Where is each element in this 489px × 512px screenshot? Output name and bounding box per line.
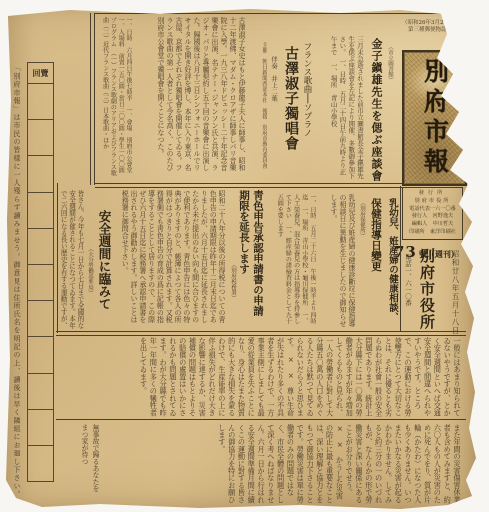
publisher-box: 發行所 別府市役所 電話代表一六一〇番 發行人 河野逸夫 編輯人 中川哲夫 印刷… — [402, 187, 463, 240]
circulation-cell — [28, 446, 53, 481]
safety-headline: 安全週間に臨みて — [95, 210, 113, 322]
recital-body: 古澤淑子女史はもと伊藤龍子夫人に師事し、昭和十二年渡佛、マダム・クロアザに師事し… — [134, 17, 246, 177]
divider-bands — [56, 419, 466, 420]
circulation-cell — [28, 265, 53, 301]
margin-note: 「別府市報」は市民の皆樣に一人殘らず讀みませう。御意見は住所氏名を明記の上、讀後… — [12, 64, 22, 498]
postal-permit-note: （昭和26年3月27日） 第三種郵便物認可 — [394, 20, 466, 34]
recital-details: 一、日時 六月四日午後七時半 一、會場 別府市公會堂 一、入場料 前賣一五〇圓・… — [96, 17, 132, 177]
safety-body-intro: 皆さん、今年も七月一日から七日まで全國的な安全週間が催されることになつてゐます。… — [58, 190, 84, 330]
safety-slogan-line2: まつ家が待つ — [80, 424, 88, 465]
circulation-cell — [28, 229, 53, 265]
tax-headline-line1: 靑色申告承認申請書の申請 — [251, 190, 266, 326]
publisher-line: 發行所 — [404, 190, 461, 198]
safety-attribution: （大分勞働基準局） — [86, 246, 94, 310]
circulation-header: 回覽 — [28, 63, 53, 84]
masthead-column-rule — [400, 186, 401, 332]
circulation-cell — [28, 374, 53, 410]
publisher-line: 印刷所 東洋印刷社 — [404, 229, 461, 237]
circulation-cell — [28, 337, 53, 373]
newspaper-scan: （昭和26年3月27日） 第三種郵便物認可 別府市報 發行所 別府市役所 電話代… — [0, 0, 489, 512]
circulation-cell — [28, 156, 53, 192]
recital-sponsor: 主催 朝日新聞西部本社 後援 別府市敎育委員會 — [251, 42, 267, 178]
health-body: 乳幼兒及び姙産婦の健康診斷竝に保健指導の相談日に異動を生じましたので御知らせしま… — [320, 194, 356, 328]
recital-credit: 伴奏 井上二葉 — [270, 56, 279, 146]
safety-body-band2: また年間の災害傷害休業者も含めてみますと、約六〇人もの人が災害のために死んでをり… — [104, 424, 462, 504]
office-phone: 電話一、六一〇番 — [404, 254, 413, 324]
divider-top-middle — [95, 183, 402, 188]
tax-headline-line2: 期限を延長します — [237, 190, 252, 286]
circulation-table: 回覽 — [27, 62, 54, 482]
newspaper-page: （昭和26年3月27日） 第三種郵便物認可 別府市報 發行所 別府市役所 電話代… — [0, 0, 489, 512]
recital-kicker: フランス歌曲──ソプラノ — [301, 42, 313, 168]
safety-slogan: 無事故で歸るあなたを まつ家が待つ — [74, 424, 100, 508]
office-name: 別府市役所 — [417, 248, 438, 334]
health-headline-line1: 乳幼兒、姙産婦の健康相談、 — [385, 198, 399, 330]
recital-headline: 古澤淑子獨唱會 — [281, 46, 301, 168]
zadankai-body: 三月末急逝されました前市立圖書館長金子鎭雄先生を偲ぶ座談會を左記により開催、多數… — [310, 36, 364, 180]
masthead-box: 別府市報 — [402, 50, 467, 186]
margin-rule-top — [90, 13, 95, 185]
publisher-line: 編輯人 中川哲夫 — [404, 221, 461, 229]
zadankai-headline: 金子鎭雄先生を偲ぶ座談會 — [368, 38, 384, 180]
circulation-cell — [28, 410, 53, 446]
zadankai-attribution: （市立圖書館） — [386, 44, 394, 114]
divider-middle-bottom — [56, 331, 466, 336]
safety-slogan-line1: 無事故で歸るあなたを — [91, 424, 99, 492]
circulation-cell — [28, 193, 53, 229]
masthead-title: 別府市報 — [404, 52, 465, 184]
circulation-cell — [28, 84, 53, 120]
issue-date: 昭和廿八年五月十八日 — [450, 250, 461, 338]
top-rule — [95, 13, 445, 14]
health-headline-line2: 保健指導日變更 — [369, 198, 384, 298]
circulation-cell — [28, 120, 53, 156]
postal-permit-class: 第三種郵便物認可 — [394, 27, 466, 34]
health-attribution: （別府保健所） — [358, 200, 366, 250]
safety-body-band1: 一般にはあまり知られてゐないやうですが、とかく安全週間といへば交通安全週間と間違… — [62, 337, 462, 417]
tax-body: 昭和二十八年分以後の所得税についての靑色申告の申請期限は昨年十二月末日迄でありま… — [116, 190, 226, 328]
health-details: 一、日時 五月二十六日 午後一時半より四時迄 一、場所 靑山小學校・龜川保健所 … — [266, 194, 316, 328]
publisher-line: 別府市役所 — [404, 198, 461, 206]
zadankai-details: 一、日時 五月二十四日午前九時より正午まで 一、場所 靑山小學校 — [330, 36, 347, 175]
circulation-cell — [28, 301, 53, 337]
tax-attribution: （別府税務署） — [229, 262, 237, 312]
